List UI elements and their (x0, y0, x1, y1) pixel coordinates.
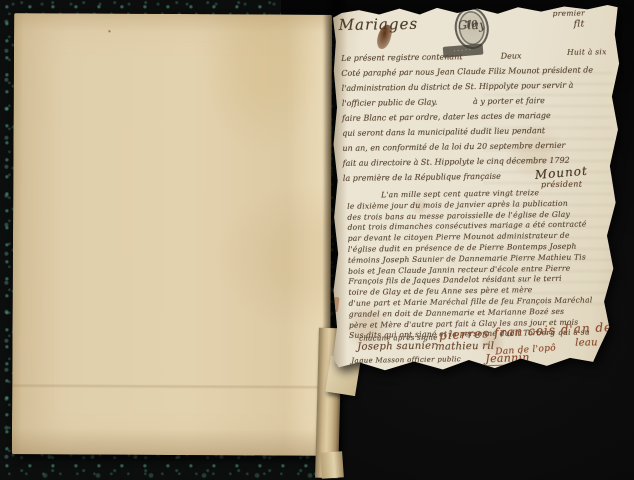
scanned-register-photo: Mariages Glay premier flt Huit à six 10 … (0, 0, 634, 480)
marriage-act-block: L'an mille sept cent quatre vingt treize… (347, 187, 619, 342)
manuscript-page-wrap: Mariages Glay premier flt Huit à six 10 … (333, 5, 622, 371)
signature-rector: Jeannin (485, 351, 530, 366)
under-sheet-sliver (320, 451, 344, 478)
signature-witness-saunier: Joseph saunier (357, 341, 436, 353)
stamp-figure: 10 (456, 18, 487, 31)
signature-officer: Jaque Masson officier public (351, 355, 461, 365)
red-edge-mark (333, 297, 340, 313)
corner-annotation-flourish: flt (574, 19, 585, 29)
signature-witness-mathieu: mathieu ril (435, 341, 494, 353)
blank-left-page (12, 13, 332, 456)
signature-groom-end: leau (575, 337, 598, 348)
fiscal-stamp-icon: 10 ····· (450, 7, 491, 55)
corner-annotation-premier: premier (553, 8, 586, 17)
manuscript-page: Mariages Glay premier flt Huit à six 10 … (333, 5, 622, 371)
